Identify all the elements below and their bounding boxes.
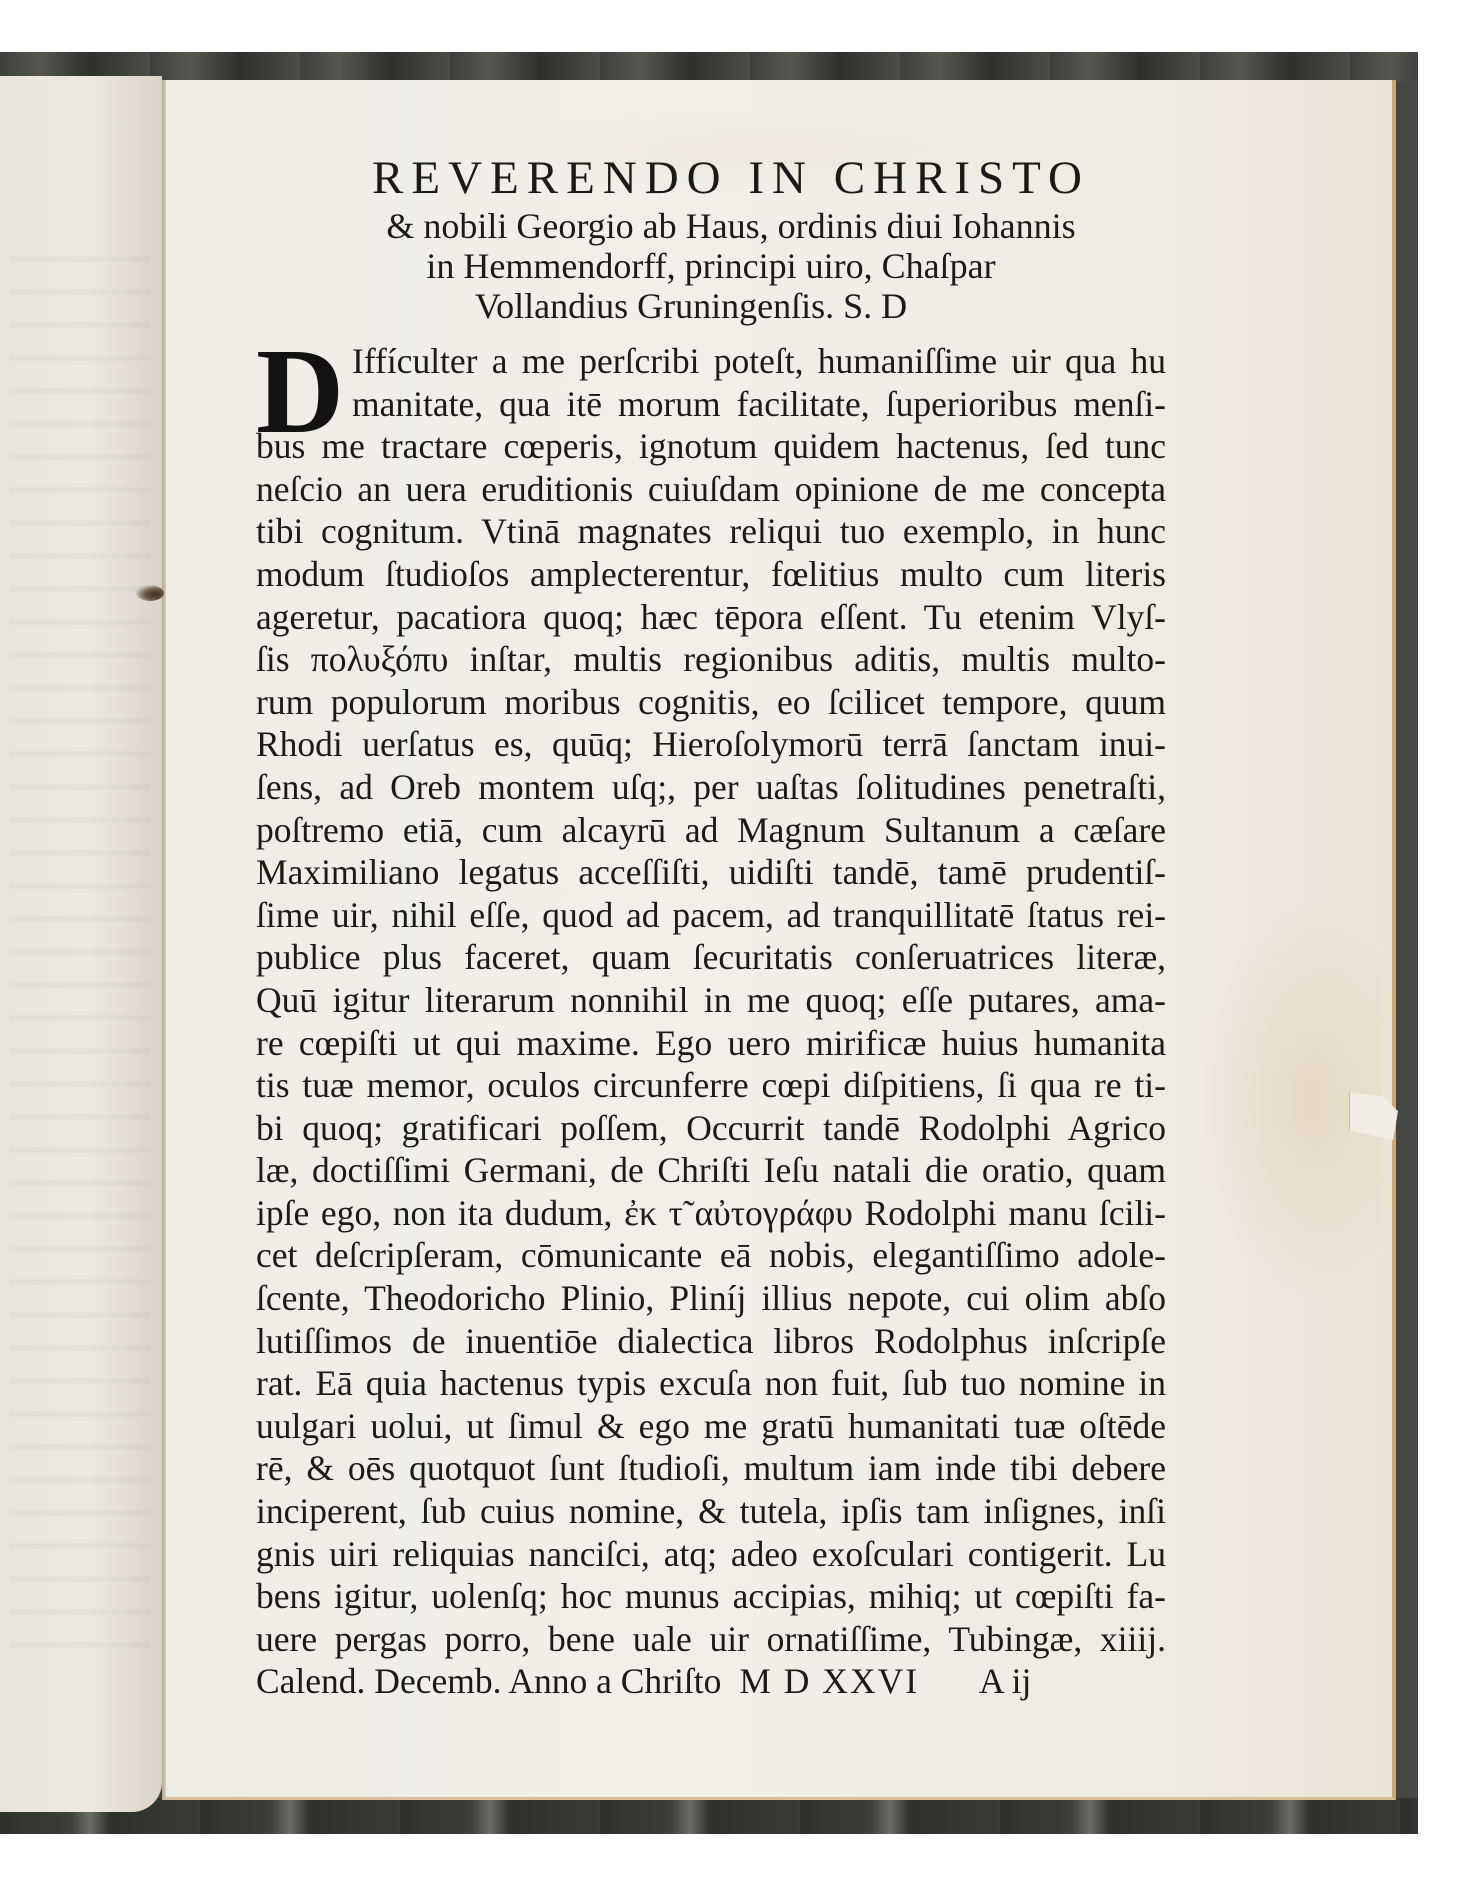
text-line: Quū igitur literarum nonnihil in me quoq…: [256, 979, 1166, 1022]
heading-line-2: & nobili Georgio ab Haus, ordinis diui I…: [296, 206, 1166, 246]
closing-date: Calend. Decemb. Anno a Chriſto: [256, 1660, 721, 1703]
drop-cap-initial: D: [256, 342, 344, 442]
letter-body: D Iffículter a me perſcribi poteſt, huma…: [256, 340, 1166, 1703]
text-line: rē, & oēs quotquot ſunt ſtudioſi, multum…: [256, 1447, 1166, 1490]
text-line: bus me tractare cœperis, ignotum quidem …: [256, 425, 1166, 468]
text-line: ipſe ego, non ita dudum, ἐκ τ̃ αὐτογράφυ…: [256, 1192, 1166, 1235]
heading-line-1: REVERENDO IN CHRISTO: [296, 150, 1166, 206]
text-line: ſcente, Theodoricho Plinio, Pliníj illiu…: [256, 1277, 1166, 1320]
text-line: publice plus faceret, quam ſecuritatis c…: [256, 936, 1166, 979]
text-line: læ, doctiſſimi Germani, de Chriſti Ieſu …: [256, 1149, 1166, 1192]
closing-line: Calend. Decemb. Anno a Chriſto M D XXVI …: [256, 1660, 1166, 1703]
heading-line-4: Vollandius Gruningenſis. S. D: [216, 286, 1166, 326]
text-line: uulgari uolui, ut ſimul & ego me gratū h…: [256, 1405, 1166, 1448]
book-cover-bottom-edge: [0, 1798, 1418, 1834]
text-line: ageretur, pacatiora quoq; hæc tēpora eſſ…: [256, 596, 1166, 639]
text-line: re cœpiſti ut qui maxime. Ego uero mirif…: [256, 1022, 1166, 1065]
text-line: Rhodi uerſatus es, quūq; Hieroſolymorū t…: [256, 723, 1166, 766]
dedication-heading: REVERENDO IN CHRISTO & nobili Georgio ab…: [256, 150, 1166, 326]
text-line: tis tuæ memor, oculos circunferre cœpi d…: [256, 1064, 1166, 1107]
page-text-block: REVERENDO IN CHRISTO & nobili Georgio ab…: [256, 150, 1166, 1703]
signature-mark: A ij: [979, 1660, 1031, 1703]
text-line: manitate, qua itē morum facilitate, ſupe…: [256, 383, 1166, 426]
text-line: Maximiliano legatus acceſſiſti, uidiſti …: [256, 851, 1166, 894]
text-line: ſis πολυξόπυ inſtar, multis regionibus a…: [256, 638, 1166, 681]
text-line: cet deſcripſeram, cōmunicante eā nobis, …: [256, 1234, 1166, 1277]
text-line: neſcio an uera eruditionis cuiuſdam opin…: [256, 468, 1166, 511]
text-line: poſtremo etiā, cum alcayrū ad Magnum Sul…: [256, 809, 1166, 852]
text-line: rum populorum moribus cognitis, eo ſcili…: [256, 681, 1166, 724]
text-line: bens igitur, uolenſq; hoc munus accipias…: [256, 1575, 1166, 1618]
closing-year: M D XXVI: [739, 1660, 919, 1703]
text-line: ſime uir, nihil eſſe, quod ad pacem, ad …: [256, 894, 1166, 937]
left-page-verso: [0, 76, 162, 1812]
left-page-show-through: [10, 256, 150, 1656]
text-line: gnis uiri reliquias nanciſci, atq; adeo …: [256, 1533, 1166, 1576]
text-line: Iffículter a me perſcribi poteſt, humani…: [256, 340, 1166, 383]
book-cover-top-edge: [0, 52, 1418, 82]
text-line: bi quoq; gratificari poſſem, Occurrit ta…: [256, 1107, 1166, 1150]
text-line: modum ſtudioſos amplecterentur, fœlitius…: [256, 553, 1166, 596]
text-line: lutiſſimos de inuentiōe dialectica libro…: [256, 1320, 1166, 1363]
text-line: uere pergas porro, bene uale uir ornatiſ…: [256, 1618, 1166, 1661]
text-line: rat. Eā quia hactenus typis excuſa non f…: [256, 1362, 1166, 1405]
text-line: tibi cognitum. Vtinā magnates reliqui tu…: [256, 510, 1166, 553]
ink-blot: [136, 585, 164, 601]
heading-line-3: in Hemmendorff, principi uiro, Chaſpar: [256, 246, 1166, 286]
text-line: inciperent, ſub cuius nomine, & tutela, …: [256, 1490, 1166, 1533]
text-line: ſens, ad Oreb montem uſq;, per uaſtas ſo…: [256, 766, 1166, 809]
